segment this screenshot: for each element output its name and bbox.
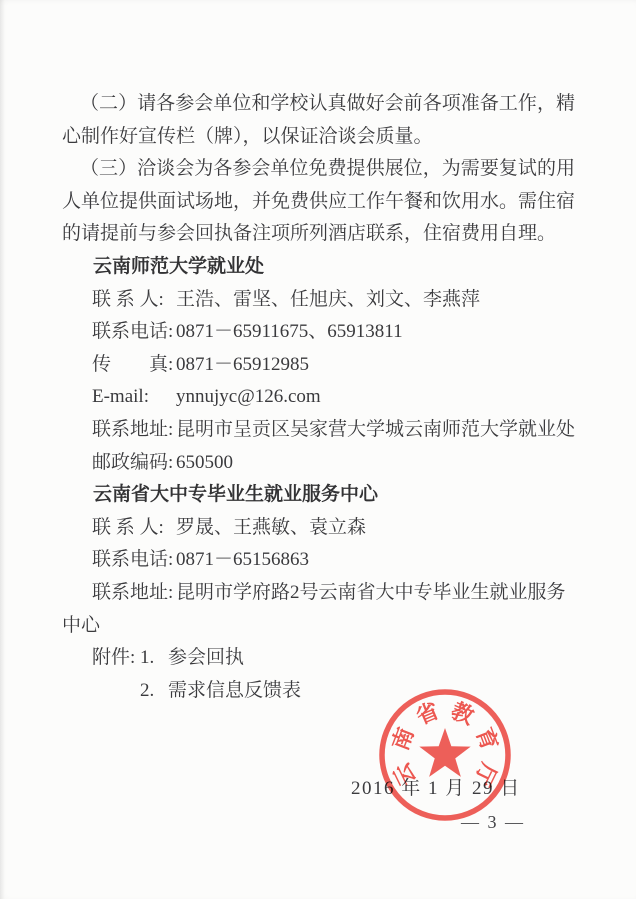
contact-value: ynnujyc@126.com [176, 381, 575, 414]
contact-value: 0871－65911675、65913811 [176, 316, 575, 349]
contact-row-postcode: 邮政编码: 650500 [62, 447, 575, 480]
document-page: （二）请各参会单位和学校认真做好会前各项准备工作，精心制作好宣传栏（牌），以保证… [0, 0, 636, 899]
contact-label: 邮政编码: [92, 447, 176, 480]
contact-row-email: E-mail: ynnujyc@126.com [62, 381, 575, 414]
org-heading-ynnu: 云南师范大学就业处 [62, 251, 575, 284]
org-heading-service-center: 云南省大中专毕业生就业服务中心 [62, 479, 575, 512]
contact-value: 650500 [176, 447, 575, 480]
contact-row-person: 联 系 人: 王浩、雷坚、任旭庆、刘文、李燕萍 [62, 284, 575, 317]
document-content: （二）请各参会单位和学校认真做好会前各项准备工作，精心制作好宣传栏（牌），以保证… [62, 88, 575, 838]
attachment-row-1: 附件: 1. 参会回执 [62, 642, 575, 675]
attachment-number: 2. [140, 675, 168, 708]
contact-row-fax: 传 真: 0871－65912985 [62, 349, 575, 382]
attachment-number: 1. [140, 642, 168, 675]
attachment-label: 附件: [92, 642, 140, 675]
page-number: — 3 — [62, 806, 575, 839]
contact-row-phone: 联系电话: 0871－65911675、65913811 [62, 316, 575, 349]
contact-label: 传 真: [92, 349, 176, 382]
contact-label: 联 系 人: [92, 284, 176, 317]
contact-value: 罗晟、王燕敏、袁立森 [176, 512, 575, 545]
contact-row-address-wrap: 联系地址:昆明市学府路2号云南省大中专毕业生就业服务中心 [62, 577, 575, 642]
contact-label: 联 系 人: [92, 512, 176, 545]
contact-row-person: 联 系 人: 罗晟、王燕敏、袁立森 [62, 512, 575, 545]
contact-row-phone: 联系电话: 0871－65156863 [62, 544, 575, 577]
contact-value: 0871－65912985 [176, 349, 575, 382]
contact-label: 联系电话: [92, 544, 176, 577]
scan-edge-shade [0, 0, 5, 899]
contact-row-address: 联系地址: 昆明市呈贡区吴家营大学城云南师范大学就业处 [62, 414, 575, 447]
contact-label: 联系电话: [92, 316, 176, 349]
paragraph-2: （二）请各参会单位和学校认真做好会前各项准备工作，精心制作好宣传栏（牌），以保证… [62, 88, 575, 153]
contact-value: 昆明市呈贡区吴家营大学城云南师范大学就业处 [176, 414, 575, 447]
contact-label: 联系地址: [92, 577, 176, 610]
contact-value: 0871－65156863 [176, 544, 575, 577]
attachment-row-2: 2. 需求信息反馈表 [62, 675, 575, 708]
contact-label: E-mail: [92, 381, 176, 414]
contact-label: 联系地址: [92, 414, 176, 447]
contact-value: 王浩、雷坚、任旭庆、刘文、李燕萍 [176, 284, 575, 317]
attachment-title: 需求信息反馈表 [168, 675, 301, 708]
attachment-label-spacer [92, 675, 140, 708]
issue-date: 2016 年 1 月 29 日 [62, 773, 575, 806]
paragraph-3: （三）洽谈会为各参会单位免费提供展位，为需要复试的用人单位提供面试场地，并免费供… [62, 153, 575, 251]
attachment-title: 参会回执 [168, 642, 244, 675]
